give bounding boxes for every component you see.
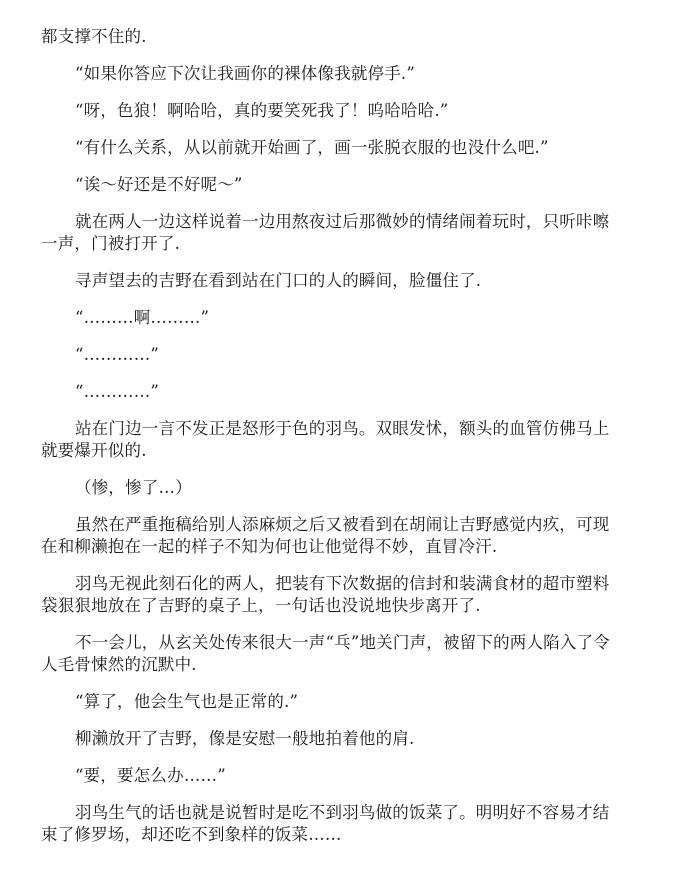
paragraph: 寻声望去的吉野在看到站在门口的人的瞬间，脸僵住了.	[41, 270, 621, 292]
dialogue-paragraph: “…………”	[41, 381, 621, 403]
paragraph: 柳濑放开了吉野，像是安慰一般地拍着他的肩.	[41, 728, 621, 750]
dialogue-paragraph: “要，要怎么办……”	[41, 765, 621, 787]
document-page: 都支撑不住的. “如果你答应下次让我画你的裸体像我就停手.” “呀，色狼！啊哈哈…	[41, 26, 621, 861]
dialogue-paragraph: “………啊………”	[41, 307, 621, 329]
dialogue-paragraph: “算了，他会生气也是正常的.”	[41, 691, 621, 713]
paragraph: 站在门边一言不发正是怒形于色的羽鸟。双眼发怵，额头的血管仿佛马上就要爆开似的.	[41, 418, 621, 462]
paragraph: 虽然在严重拖稿给别人添麻烦之后又被看到在胡闹让吉野感觉内疚，可现在和柳濑抱在一起…	[41, 514, 621, 558]
dialogue-paragraph: “…………”	[41, 344, 621, 366]
dialogue-paragraph: “有什么关系，从以前就开始画了，画一张脱衣服的也没什么吧.”	[41, 137, 621, 159]
paragraph: 羽鸟生气的话也就是说暂时是吃不到羽鸟做的饭菜了。明明好不容易才结束了修罗场，却还…	[41, 802, 621, 846]
thought-paragraph: （惨，惨了…）	[41, 477, 621, 499]
paragraph: 就在两人一边这样说着一边用熬夜过后那微妙的情绪闹着玩时，只听咔嚓一声，门被打开了…	[41, 211, 621, 255]
paragraph: 都支撑不住的.	[41, 26, 621, 48]
dialogue-paragraph: “诶～好还是不好呢～”	[41, 174, 621, 196]
dialogue-paragraph: “如果你答应下次让我画你的裸体像我就停手.”	[41, 63, 621, 85]
paragraph: 不一会儿，从玄关处传来很大一声“乓”地关门声，被留下的两人陷入了令人毛骨悚然的沉…	[41, 632, 621, 676]
paragraph: 羽鸟无视此刻石化的两人，把装有下次数据的信封和装满食材的超市塑料袋狠狠地放在了吉…	[41, 573, 621, 617]
dialogue-paragraph: “呀，色狼！啊哈哈，真的要笑死我了！呜哈哈哈.”	[41, 100, 621, 122]
